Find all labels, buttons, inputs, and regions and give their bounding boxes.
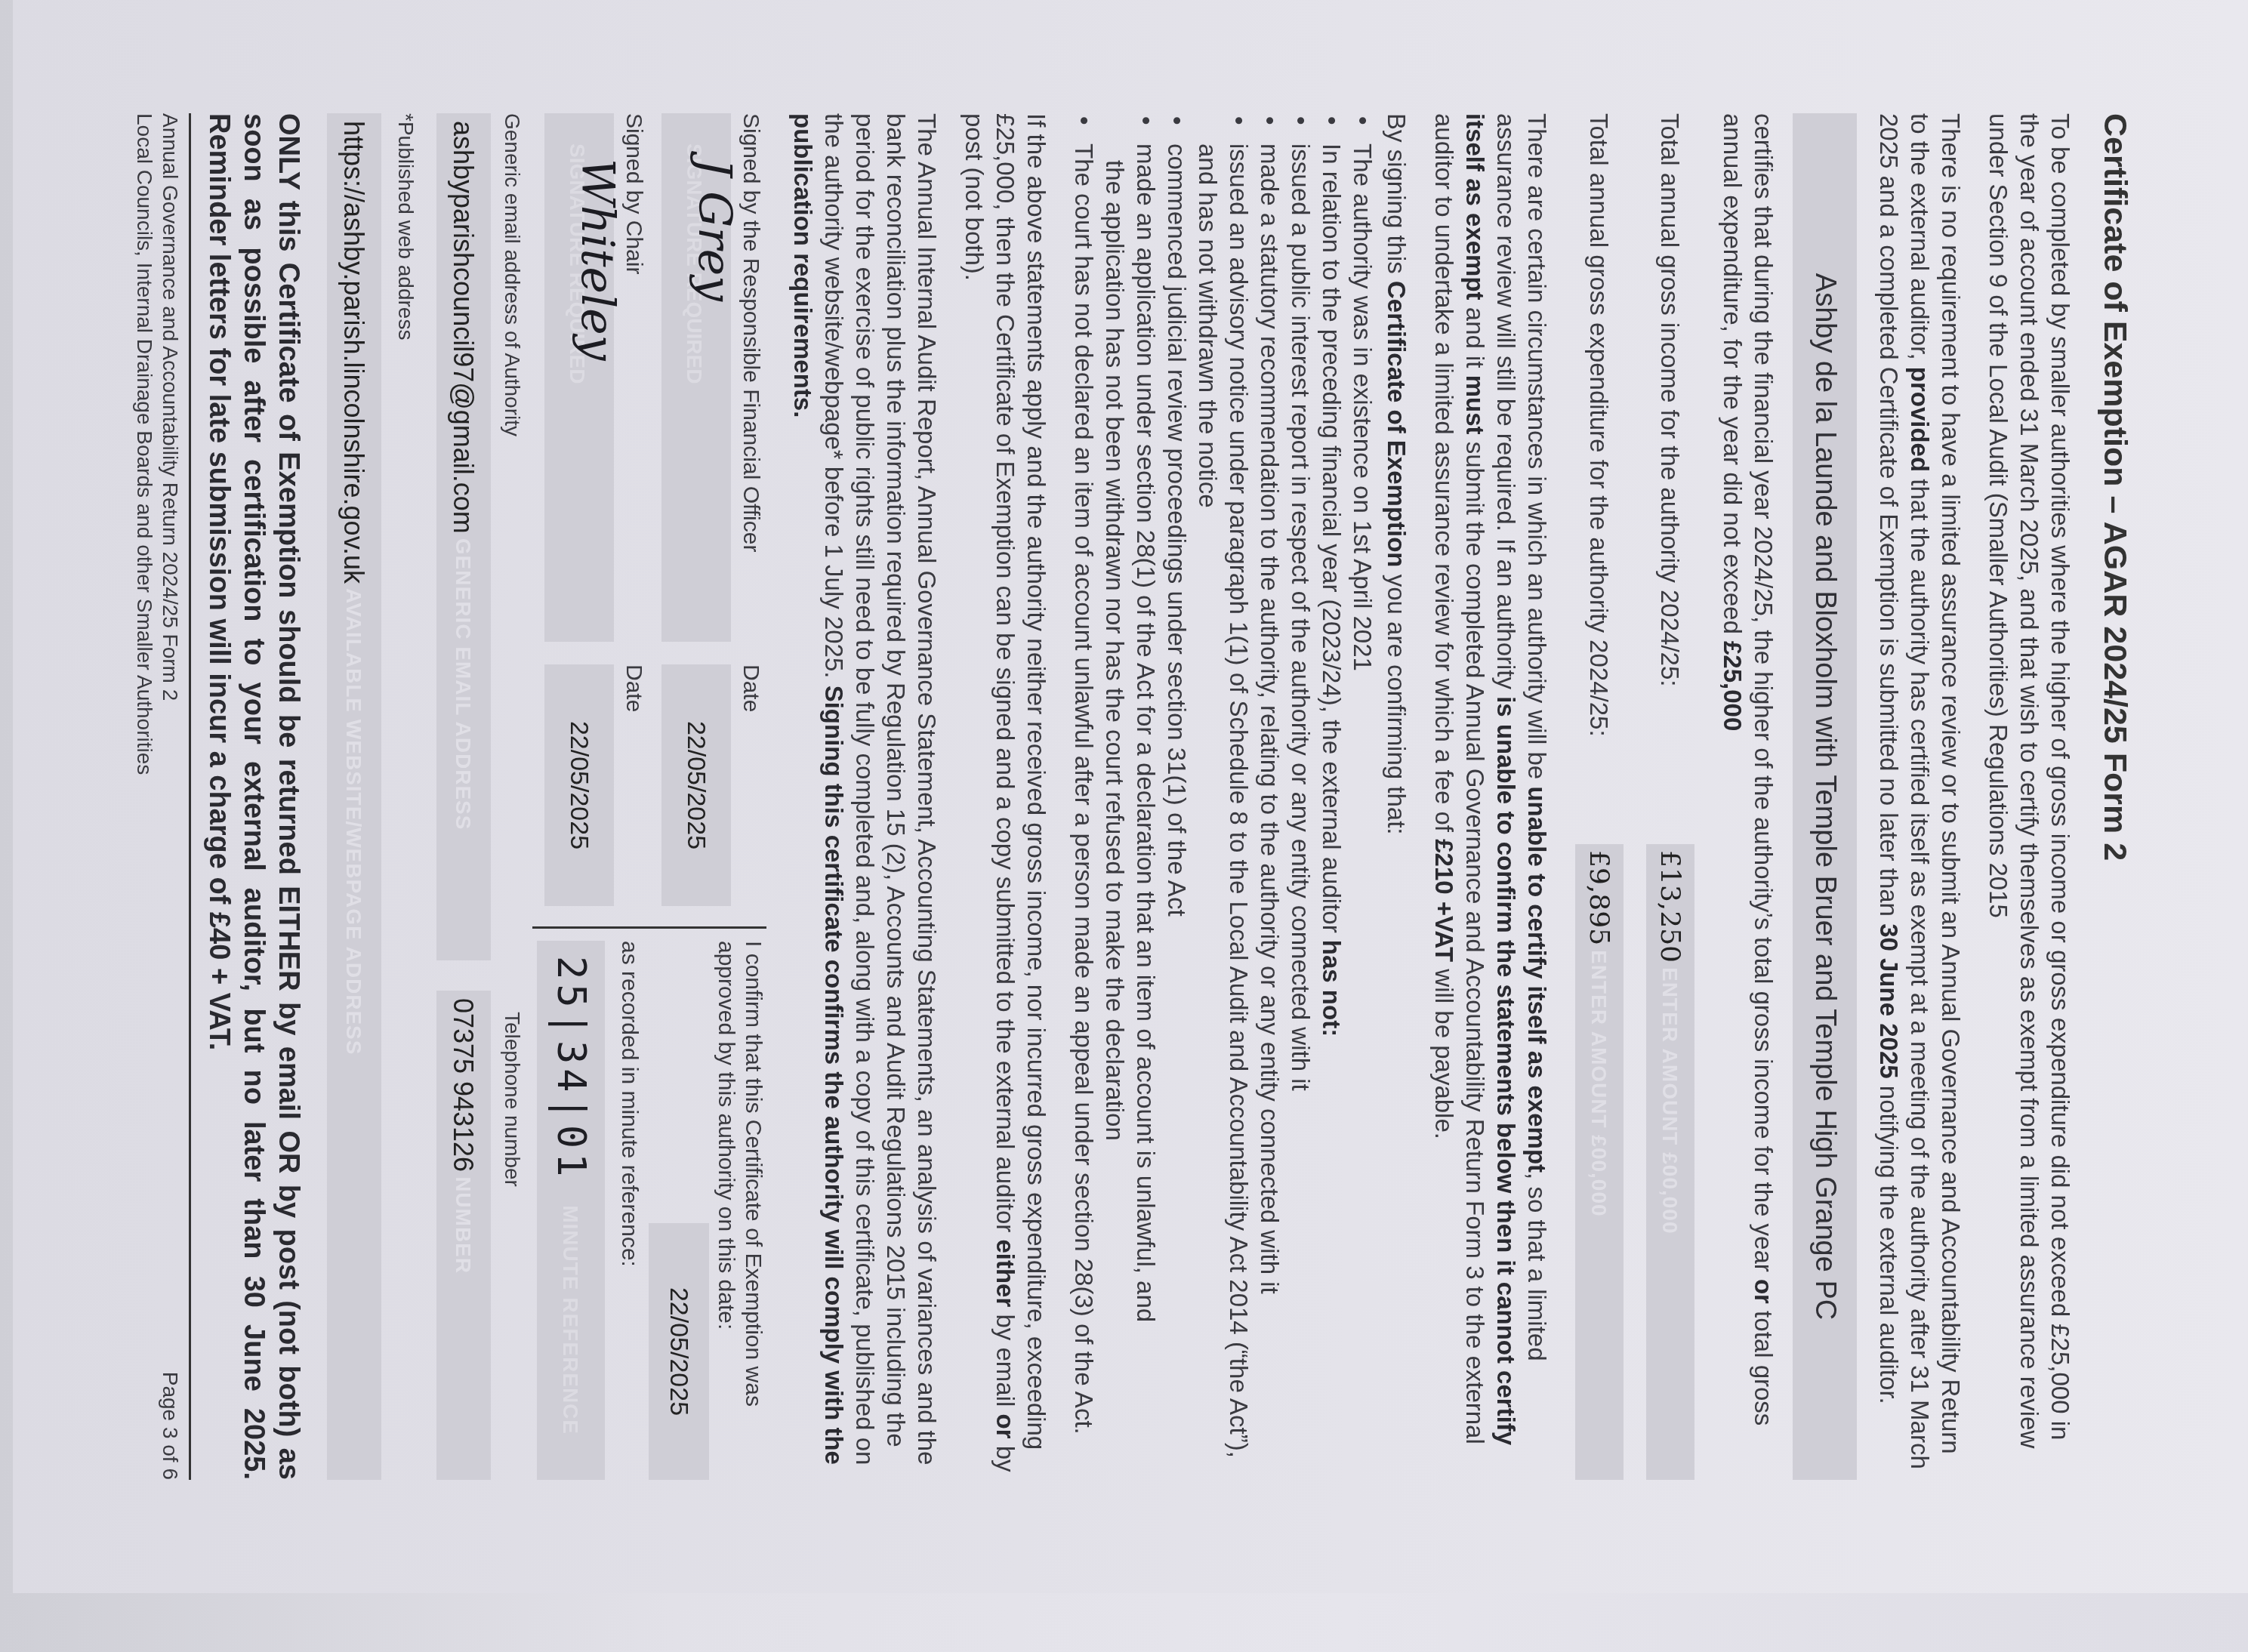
photo-background: Certificate of Exemption – AGAR 2024/25 … — [0, 0, 2248, 1652]
chair-date-label: Date — [618, 664, 649, 712]
list-item-continued: the application has not been withdrawn n… — [1099, 130, 1130, 1480]
phone-placeholder: NUMBER — [449, 1176, 480, 1274]
income-placeholder: ENTER AMOUNT £00,000 — [1655, 967, 1686, 1234]
phone-field[interactable]: 07375 943126 NUMBER — [436, 991, 491, 1480]
approval-column: I confirm that this Certificate of Exemp… — [532, 929, 766, 1480]
page-title: Certificate of Exemption – AGAR 2024/25 … — [2095, 113, 2135, 1480]
approval-confirm-text: I confirm that this Certificate of Exemp… — [712, 941, 766, 1480]
approval-date-field[interactable]: 22/05/2025 — [649, 1223, 709, 1480]
email-placeholder: GENERIC EMAIL ADDRESS — [449, 538, 480, 831]
page-number: Page 3 of 6 — [131, 1372, 183, 1480]
signatures-column: Signed by the Responsible Financial Offi… — [532, 113, 766, 929]
minute-reference-placeholder: MINUTE REFERENCE — [556, 1205, 587, 1435]
return-notice: ONLY this Certificate of Exemption shoul… — [202, 113, 306, 1480]
rfo-signature: J Grey — [698, 159, 729, 301]
rfo-date-field[interactable]: 22/05/2025 — [661, 664, 731, 906]
list-item: issued an advisory notice under paragrap… — [1192, 130, 1254, 1480]
email-label: Generic email address of Authority — [497, 113, 528, 1012]
list-item: issued a public interest report in respe… — [1285, 130, 1316, 1480]
certifies-paragraph: certifies that during the financial year… — [1717, 113, 1779, 1480]
email-value: ashbyparishcouncil97@gmail.com — [449, 121, 480, 534]
circumstances-paragraph: There are certain circumstances in which… — [1429, 113, 1553, 1480]
expenditure-label: Total annual gross expenditure for the a… — [1584, 113, 1615, 844]
list-item: made an application under section 28(1) … — [1130, 130, 1161, 1480]
confirmation-list: The authority was in existence on 1st Ap… — [1068, 113, 1378, 1480]
email-field[interactable]: ashbyparishcouncil97@gmail.com GENERIC E… — [436, 113, 491, 960]
income-value: £13,250 — [1655, 850, 1686, 963]
form-page: Certificate of Exemption – AGAR 2024/25 … — [13, 0, 2248, 1593]
submission-paragraph: If the above statements apply and the au… — [959, 113, 1052, 1480]
phone-label: Telephone number — [497, 1012, 528, 1187]
intro-paragraph: To be completed by smaller authorities w… — [1983, 113, 2076, 1480]
web-address-placeholder: AVAILABLE WEBSITE/WEBPAGE ADDRESS — [339, 588, 370, 1055]
income-field[interactable]: £13,250 ENTER AMOUNT £00,000 — [1646, 844, 1694, 1480]
list-item: commenced judicial review proceedings un… — [1161, 130, 1192, 1480]
expenditure-value: £9,895 — [1584, 850, 1615, 945]
list-item: The court has not declared an item of ac… — [1068, 130, 1099, 1480]
rfo-date-label: Date — [735, 664, 766, 712]
rfo-signature-field[interactable]: SIGNATURE REQUIRED J Grey — [661, 113, 731, 642]
confirming-heading: By signing this Certificate of Exemption… — [1381, 113, 1412, 1480]
phone-value: 07375 943126 — [449, 998, 480, 1172]
signature-section: Signed by the Responsible Financial Offi… — [532, 113, 766, 1480]
chair-signature-field[interactable]: SIGNATURE REQUIRED Whiteley — [544, 113, 614, 642]
expenditure-row: Total annual gross expenditure for the a… — [1575, 113, 1624, 1480]
income-row: Total annual gross income for the author… — [1646, 113, 1694, 1480]
web-address-value: https://ashby.parish.lincolnshire.gov.uk — [339, 121, 370, 584]
list-item: In relation to the preceding financial y… — [1316, 130, 1347, 1480]
expenditure-placeholder: ENTER AMOUNT £00,000 — [1584, 950, 1615, 1217]
footer-authorities: Local Councils, Internal Drainage Boards… — [131, 113, 157, 775]
income-label: Total annual gross income for the author… — [1655, 113, 1686, 844]
minute-reference-field[interactable]: 25|34|01 MINUTE REFERENCE — [537, 941, 605, 1480]
authority-name-field[interactable]: Ashby de la Launde and Bloxholm with Tem… — [1793, 113, 1857, 1480]
minute-reference-label: as recorded in minute reference: — [615, 941, 643, 1480]
chair-signature: Whiteley — [581, 159, 612, 361]
footer-form-title: Annual Governance and Accountability Ret… — [157, 113, 183, 775]
requirement-paragraph: There is no requirement to have a limite… — [1873, 113, 1966, 1480]
web-address-label: *Published web address — [390, 113, 421, 1480]
expenditure-field[interactable]: £9,895 ENTER AMOUNT £00,000 — [1575, 844, 1624, 1480]
chair-date-field[interactable]: 22/05/2025 — [544, 664, 614, 906]
list-item: The authority was in existence on 1st Ap… — [1347, 130, 1378, 1480]
web-address-field[interactable]: https://ashby.parish.lincolnshire.gov.uk… — [327, 113, 381, 1480]
page-footer: Annual Governance and Accountability Ret… — [131, 113, 191, 1480]
minute-reference-value: 25|34|01 — [556, 956, 587, 1181]
publication-paragraph: The Annual Internal Audit Report, Annual… — [788, 113, 942, 1480]
list-item: made a statutory recommendation to the a… — [1254, 130, 1285, 1480]
